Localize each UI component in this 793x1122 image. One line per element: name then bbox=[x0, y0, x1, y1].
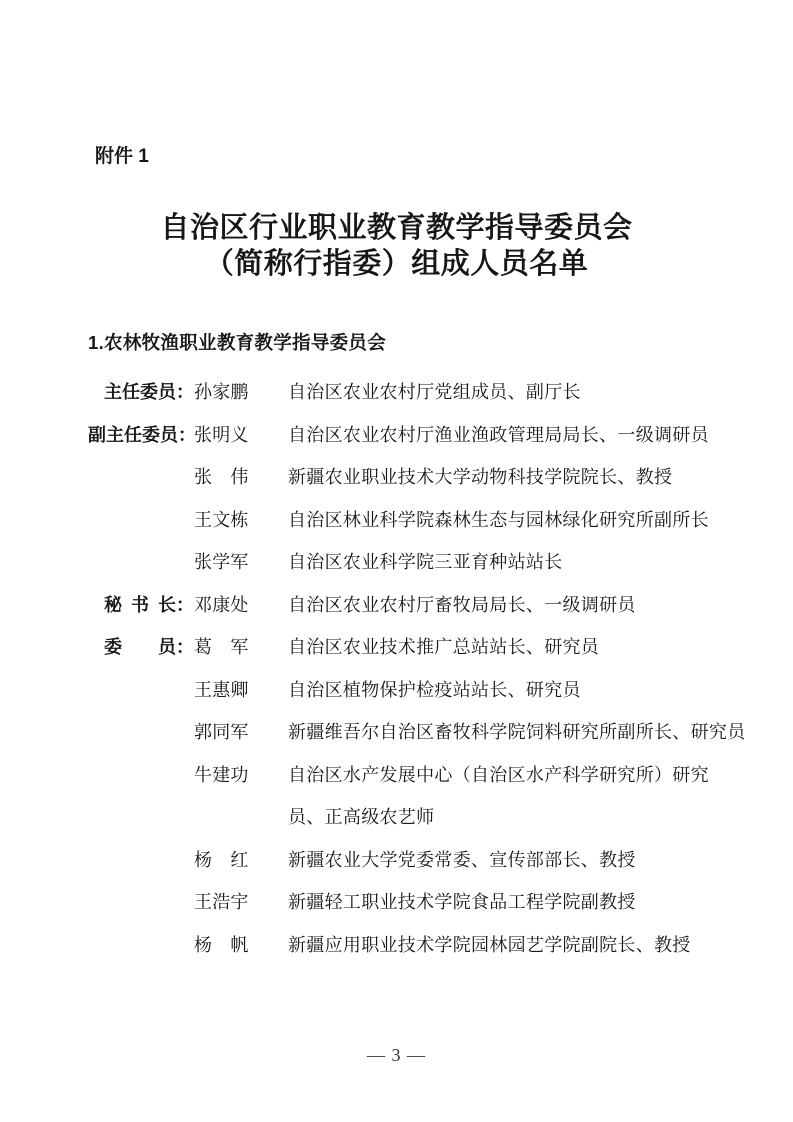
member-desc: 新疆农业职业技术大学动物科技学院院长、教授 bbox=[288, 456, 748, 499]
member-desc: 新疆维吾尔自治区畜牧科学院饲料研究所副所长、研究员 bbox=[288, 711, 748, 754]
role-label: 主任委员： bbox=[88, 371, 194, 414]
member-name: 王惠卿 bbox=[194, 669, 288, 712]
member-desc: 自治区植物保护检疫站站长、研究员 bbox=[288, 669, 748, 712]
member-desc-line: 新疆维吾尔自治区畜牧科学院饲料研究所副所长、研究员 bbox=[288, 711, 748, 754]
page-number: — 3 — bbox=[0, 1045, 793, 1066]
member-name: 王浩宇 bbox=[194, 881, 288, 924]
member-name: 杨 红 bbox=[194, 839, 288, 882]
member-desc: 自治区农业技术推广总站站长、研究员 bbox=[288, 626, 748, 669]
member-desc-line: 自治区林业科学院森林生态与园林绿化研究所副所长 bbox=[288, 499, 748, 542]
document-title: 自治区行业职业教育教学指导委员会 （简称行指委）组成人员名单 bbox=[0, 210, 793, 282]
member-desc-line: 自治区农业科学院三亚育种站站长 bbox=[288, 541, 748, 584]
member-name: 张 伟 bbox=[194, 456, 288, 499]
member-row: 王惠卿 自治区植物保护检疫站站长、研究员 bbox=[88, 669, 748, 712]
member-desc: 自治区水产发展中心（自治区水产科学研究所）研究 员、正高级农艺师 bbox=[288, 754, 748, 839]
member-row: 王文栋 自治区林业科学院森林生态与园林绿化研究所副所长 bbox=[88, 499, 748, 542]
role-label: 秘 书 长： bbox=[88, 584, 194, 627]
member-desc: 新疆应用职业技术学院园林园艺学院副院长、教授 bbox=[288, 924, 748, 967]
member-desc-line: 自治区农业农村厅党组成员、副厅长 bbox=[288, 371, 748, 414]
member-desc: 自治区农业农村厅党组成员、副厅长 bbox=[288, 371, 748, 414]
member-desc: 自治区林业科学院森林生态与园林绿化研究所副所长 bbox=[288, 499, 748, 542]
section-heading: 1.农林牧渔职业教育教学指导委员会 bbox=[88, 329, 386, 355]
document-title-line1: 自治区行业职业教育教学指导委员会 bbox=[0, 210, 793, 246]
member-row: 杨 红 新疆农业大学党委常委、宣传部部长、教授 bbox=[88, 839, 748, 882]
member-row: 委 员： 葛 军 自治区农业技术推广总站站长、研究员 bbox=[88, 626, 748, 669]
member-name: 张明义 bbox=[194, 414, 288, 457]
document-page: 附件 1 自治区行业职业教育教学指导委员会 （简称行指委）组成人员名单 1.农林… bbox=[0, 0, 793, 1122]
member-desc: 新疆轻工职业技术学院食品工程学院副教授 bbox=[288, 881, 748, 924]
member-row: 杨 帆 新疆应用职业技术学院园林园艺学院副院长、教授 bbox=[88, 924, 748, 967]
role-label: 副主任委员： bbox=[88, 414, 194, 457]
member-desc-line: 员、正高级农艺师 bbox=[288, 796, 748, 839]
member-row: 副主任委员： 张明义 自治区农业农村厅渔业渔政管理局局长、一级调研员 bbox=[88, 414, 748, 457]
member-row: 郭同军 新疆维吾尔自治区畜牧科学院饲料研究所副所长、研究员 bbox=[88, 711, 748, 754]
member-name: 张学军 bbox=[194, 541, 288, 584]
attachment-label: 附件 1 bbox=[95, 141, 149, 168]
document-title-line2: （简称行指委）组成人员名单 bbox=[0, 246, 793, 282]
role-label: 委 员： bbox=[88, 626, 194, 669]
member-desc-line: 自治区植物保护检疫站站长、研究员 bbox=[288, 669, 748, 712]
member-name: 邓康处 bbox=[194, 584, 288, 627]
member-list: 主任委员： 孙家鹏 自治区农业农村厅党组成员、副厅长 副主任委员： 张明义 自治… bbox=[88, 371, 748, 966]
member-row: 王浩宇 新疆轻工职业技术学院食品工程学院副教授 bbox=[88, 881, 748, 924]
member-name: 王文栋 bbox=[194, 499, 288, 542]
member-row: 牛建功 自治区水产发展中心（自治区水产科学研究所）研究 员、正高级农艺师 bbox=[88, 754, 748, 839]
member-row: 秘 书 长： 邓康处 自治区农业农村厅畜牧局局长、一级调研员 bbox=[88, 584, 748, 627]
member-desc-line: 新疆应用职业技术学院园林园艺学院副院长、教授 bbox=[288, 924, 748, 967]
member-name: 杨 帆 bbox=[194, 924, 288, 967]
member-desc: 新疆农业大学党委常委、宣传部部长、教授 bbox=[288, 839, 748, 882]
member-desc-line: 自治区农业农村厅畜牧局局长、一级调研员 bbox=[288, 584, 748, 627]
member-desc: 自治区农业农村厅畜牧局局长、一级调研员 bbox=[288, 584, 748, 627]
member-desc-line: 自治区农业技术推广总站站长、研究员 bbox=[288, 626, 748, 669]
member-name: 牛建功 bbox=[194, 754, 288, 797]
member-desc-line: 自治区农业农村厅渔业渔政管理局局长、一级调研员 bbox=[288, 414, 748, 457]
member-desc-line: 新疆农业大学党委常委、宣传部部长、教授 bbox=[288, 839, 748, 882]
member-row: 主任委员： 孙家鹏 自治区农业农村厅党组成员、副厅长 bbox=[88, 371, 748, 414]
member-desc-line: 自治区水产发展中心（自治区水产科学研究所）研究 bbox=[288, 754, 748, 797]
member-desc-line: 新疆农业职业技术大学动物科技学院院长、教授 bbox=[288, 456, 748, 499]
member-desc: 自治区农业农村厅渔业渔政管理局局长、一级调研员 bbox=[288, 414, 748, 457]
member-desc: 自治区农业科学院三亚育种站站长 bbox=[288, 541, 748, 584]
member-row: 张 伟 新疆农业职业技术大学动物科技学院院长、教授 bbox=[88, 456, 748, 499]
member-name: 孙家鹏 bbox=[194, 371, 288, 414]
member-name: 郭同军 bbox=[194, 711, 288, 754]
member-name: 葛 军 bbox=[194, 626, 288, 669]
member-desc-line: 新疆轻工职业技术学院食品工程学院副教授 bbox=[288, 881, 748, 924]
member-row: 张学军 自治区农业科学院三亚育种站站长 bbox=[88, 541, 748, 584]
